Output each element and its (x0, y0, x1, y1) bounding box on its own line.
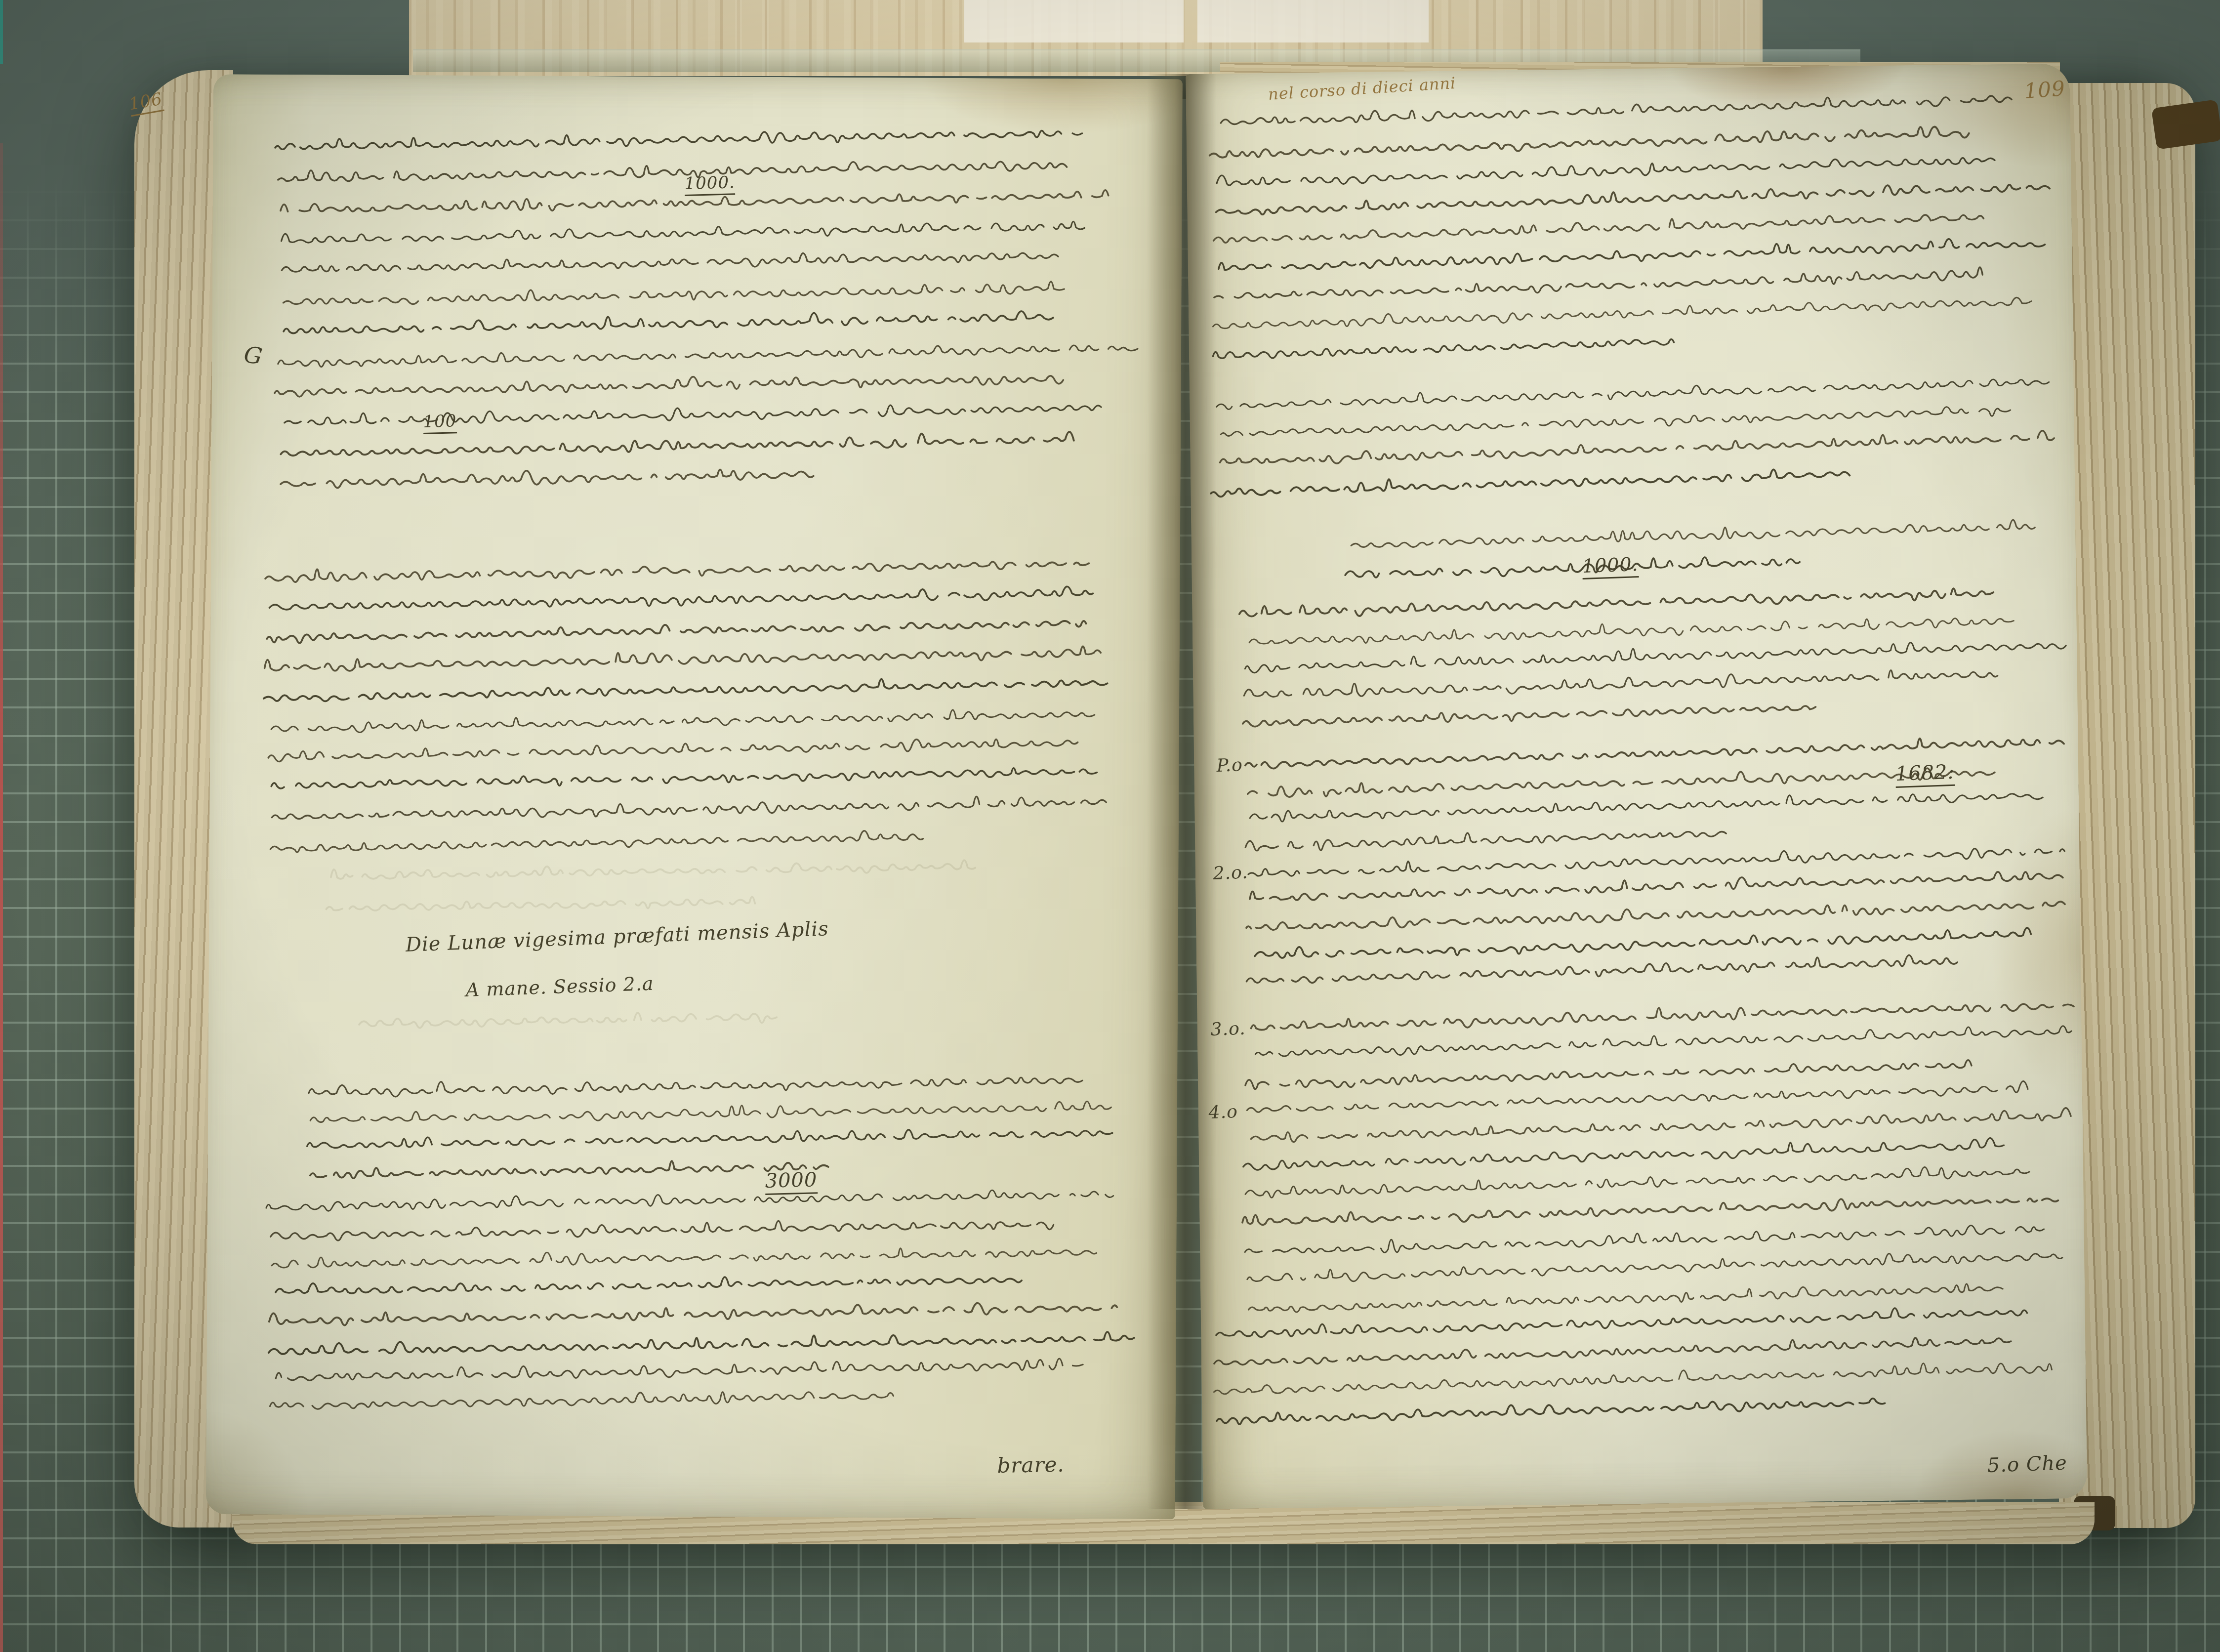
mat-red-edge-line (0, 143, 3, 1652)
white-card-right (1197, 0, 1429, 42)
left-page-folio-106 (206, 74, 1183, 1519)
right-page-folio-109 (1186, 63, 2087, 1509)
manuscript-photograph: 106109nel corso di dieci anniDie Lunæ vi… (0, 0, 2220, 1652)
white-card-left (964, 0, 1184, 42)
mat-cyan-edge-line (0, 0, 3, 64)
binding-leather-patch-top (2151, 99, 2220, 150)
book-gutter-shadow (1147, 74, 1216, 1509)
